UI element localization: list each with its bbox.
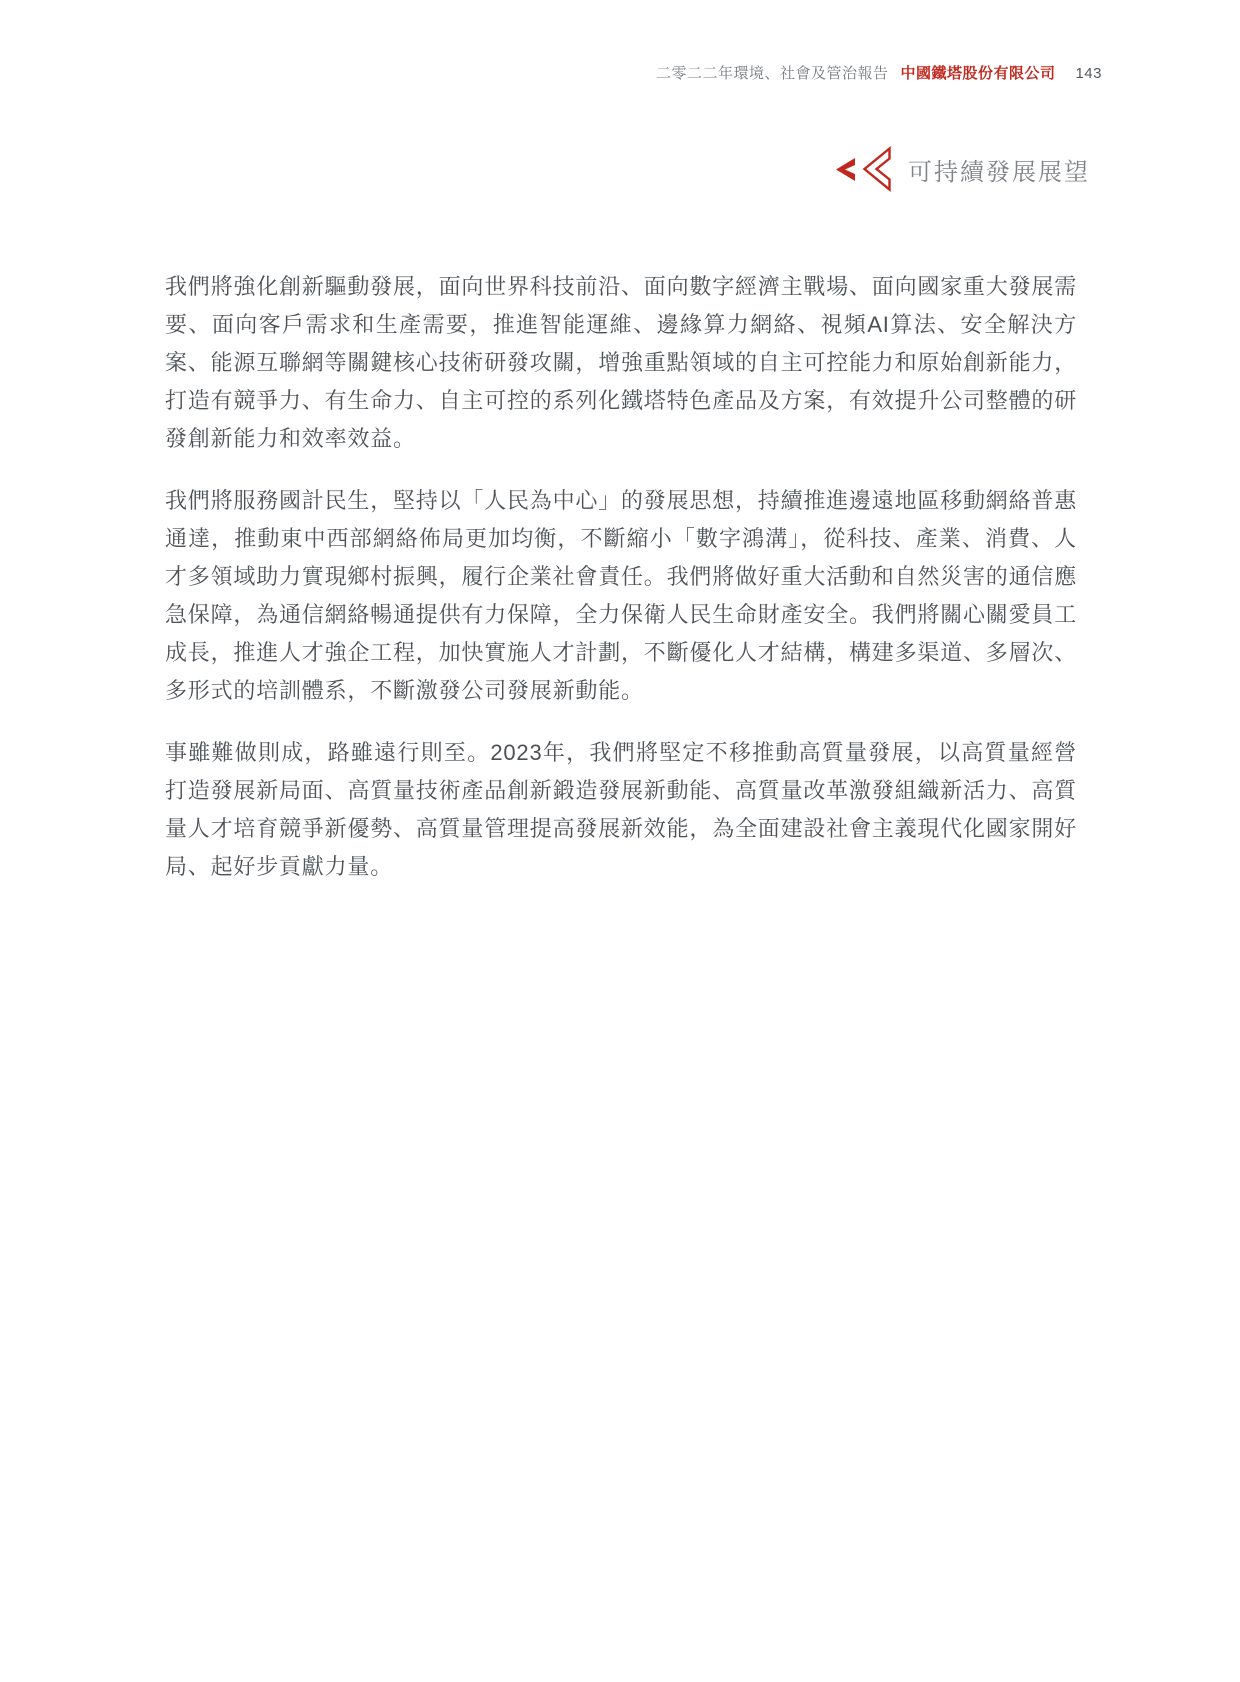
paragraph-2023-outlook: 事雖難做則成，路雖遠行則至。2023年，我們將堅定不移推動高質量發展，以高質量經…: [165, 734, 1077, 886]
chevron-left-solid-icon: [832, 155, 856, 183]
body-content: 我們將強化創新驅動發展，面向世界科技前沿、面向數字經濟主戰場、面向國家重大發展需…: [165, 268, 1077, 910]
paragraph-innovation-driven-development: 我們將強化創新驅動發展，面向世界科技前沿、面向數字經濟主戰場、面向國家重大發展需…: [165, 268, 1077, 458]
chevron-left-outline-icon: [860, 146, 892, 192]
company-name: 中國鐵塔股份有限公司: [900, 62, 1055, 83]
section-heading: 可持續發展展望: [832, 146, 1090, 192]
report-title: 二零二二年環境、社會及管治報告: [656, 62, 889, 83]
paragraph-serving-national-livelihood: 我們將服務國計民生，堅持以「人民為中心」的發展思想，持續推進邊遠地區移動網絡普惠…: [165, 482, 1077, 710]
page-header: 二零二二年環境、社會及管治報告 中國鐵塔股份有限公司 143: [656, 62, 1102, 83]
report-page: 二零二二年環境、社會及管治報告 中國鐵塔股份有限公司 143 可持續發展展望 我…: [0, 0, 1240, 1682]
section-title: 可持續發展展望: [908, 152, 1090, 187]
double-chevron-left-icon: [832, 146, 892, 192]
page-number: 143: [1075, 65, 1102, 82]
